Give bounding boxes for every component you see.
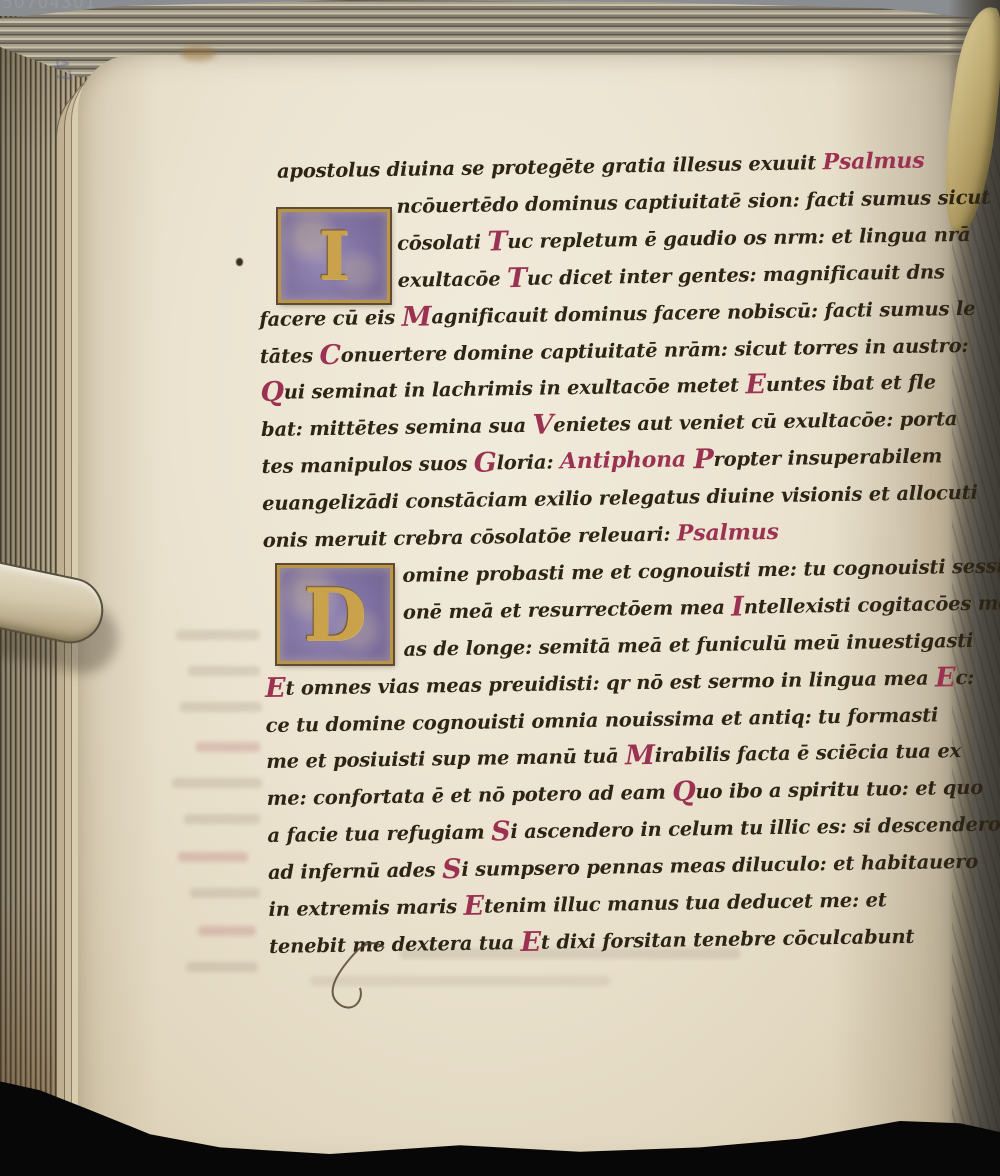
ink-text: ad infernū ades — [268, 858, 442, 884]
ink-text: uc dicet inter gentes: magnificauit dns — [527, 260, 945, 290]
ink-text: tātes — [260, 344, 320, 368]
ink-text: apostolus diuina se protegēte gratia ill… — [277, 151, 823, 183]
rubric-text: E — [520, 927, 541, 958]
ink-text: uo ibo a spiritu tuo: et quo — [695, 776, 983, 804]
ink-text: untes ibat et fle — [766, 371, 936, 397]
text-line-19: a facie tua refugiam Si ascendero in cel… — [267, 813, 1000, 848]
ink-text: a facie tua refugiam — [267, 821, 491, 848]
ink-text: me: confortata ē et nō potero ad eam — [267, 781, 673, 810]
rubric-text: T — [507, 263, 527, 294]
text-line-4: exultacōe Tuc dicet inter gentes: magnif… — [398, 260, 945, 292]
text-line-5: facere cū eis Magnificauit dominus facer… — [259, 296, 975, 330]
rubric-text: M — [625, 740, 655, 771]
ink-text: omine probasti me et cognouisti me: tu c… — [402, 554, 1000, 587]
rubric-text: E — [463, 891, 484, 922]
ink-text: irabilis facta ē sciēcia tua ex — [655, 739, 962, 767]
ink-text: in extremis maris — [268, 895, 463, 921]
text-line-8: bat: mittētes semina sua Venietes aut ve… — [261, 407, 958, 441]
ink-text: i ascendero in celum tu illic es: si des… — [510, 813, 1000, 844]
text-line-14: as de longe: semitā meā et funiculū meū … — [403, 629, 973, 661]
text-line-11: onis meruit crebra cōsolatōe releuari: P… — [263, 521, 779, 552]
rubric-text: Psalmus — [822, 148, 924, 176]
rubric-text: E — [935, 662, 956, 693]
ink-text: ui seminat in lachrimis in exultacōe met… — [284, 374, 746, 404]
rubric-text: Q — [672, 777, 696, 808]
rubric-text: P — [693, 444, 714, 475]
ink-text: tes manipulos suos — [261, 452, 474, 478]
rubric-text: Antiphona — [560, 446, 694, 474]
text-line-6: tātes Conuertere domine captiuitatē nrām… — [260, 333, 969, 367]
ink-text: onis meruit crebra cōsolatōe releuari: — [263, 523, 678, 553]
ink-text: as de longe: semitā meā et funiculū meū … — [403, 629, 973, 661]
rubric-text: Psalmus — [677, 519, 779, 547]
ink-text: onē meā et resurrectōem mea — [403, 595, 732, 623]
rubric-text: I — [731, 591, 744, 622]
text-line-2: ncōuertēdo dominus captiuitatē sion: fac… — [396, 185, 990, 217]
ink-text: ropter insuperabilem — [713, 445, 942, 472]
text-block: apostolus diuina se protegēte gratia ill… — [0, 0, 1000, 1176]
text-line-21: in extremis maris Etenim illuc manus tua… — [268, 888, 886, 921]
ink-text: agnificauit dominus facere nobiscū: fact… — [431, 296, 975, 328]
manuscript-photo: 50704301 47 I D apostolus diuina se prot… — [0, 0, 1000, 1176]
ink-text: me et posiuisti sup me manū tuā — [266, 745, 625, 774]
rubric-text: E — [265, 672, 286, 703]
ink-text: tenim illuc manus tua deducet me: et — [484, 888, 887, 917]
rubric-text: S — [442, 854, 462, 885]
rubric-text: S — [491, 816, 511, 847]
text-line-15: Et omnes vias meas preuidisti: qr nō est… — [265, 665, 974, 699]
rubric-text: E — [745, 370, 766, 401]
rubric-text: V — [532, 410, 553, 441]
ink-text: bat: mittētes semina sua — [261, 414, 533, 441]
text-line-3: cōsolati Tuc repletum ē gaudio os nrm: e… — [397, 223, 971, 255]
ink-text: t dixi forsitan tenebre cōculcabunt — [541, 925, 915, 954]
text-line-18: me: confortata ē et nō potero ad eam Quo… — [267, 776, 984, 810]
ink-text: onuertere domine captiuitatē nrām: sicut… — [341, 333, 969, 366]
ink-text: c: — [955, 665, 974, 688]
text-line-16: ce tu domine cognouisti omnia nouissima … — [265, 703, 938, 737]
rubric-text: M — [401, 301, 431, 332]
text-line-7: Qui seminat in lachrimis in exultacōe me… — [260, 371, 936, 405]
ink-text: i sumpsero pennas meas diluculo: et habi… — [461, 850, 978, 881]
ink-text: uc repletum ē gaudio os nrm: et lingua n… — [507, 223, 970, 253]
ink-text: euangelizādi constāciam exilio relegatus… — [262, 481, 978, 515]
ink-text: enietes aut veniet cū exultacōe: porta — [553, 407, 957, 436]
pen-flourish — [320, 930, 440, 1025]
text-line-17: me et posiuisti sup me manū tuā Mirabili… — [266, 739, 961, 773]
ink-text: exultacōe — [398, 267, 508, 292]
rubric-text: C — [319, 339, 341, 370]
text-line-12: omine probasti me et cognouisti me: tu c… — [402, 554, 1000, 587]
text-line-9: tes manipulos suos Gloria: Antiphona Pro… — [261, 445, 942, 479]
text-line-20: ad infernū ades Si sumpsero pennas meas … — [268, 850, 978, 884]
text-line-10: euangelizādi constāciam exilio relegatus… — [262, 481, 978, 515]
ink-text: ntellexisti cogitacōes me — [744, 591, 1000, 618]
ink-text: ce tu domine cognouisti omnia nouissima … — [265, 703, 938, 737]
ink-text: t omnes vias meas preuidisti: qr nō est … — [285, 666, 935, 699]
ink-text: ncōuertēdo dominus captiuitatē sion: fac… — [396, 185, 990, 217]
rubric-text: G — [474, 448, 497, 479]
ink-text: cōsolati — [397, 230, 488, 254]
text-line-13: onē meā et resurrectōem mea Intellexisti… — [403, 591, 1000, 624]
rubric-text: T — [487, 226, 507, 257]
ink-text: loria: — [496, 451, 560, 475]
rubric-text: Q — [260, 377, 284, 408]
text-line-1: apostolus diuina se protegēte gratia ill… — [277, 150, 925, 183]
ink-text: facere cū eis — [259, 305, 402, 330]
